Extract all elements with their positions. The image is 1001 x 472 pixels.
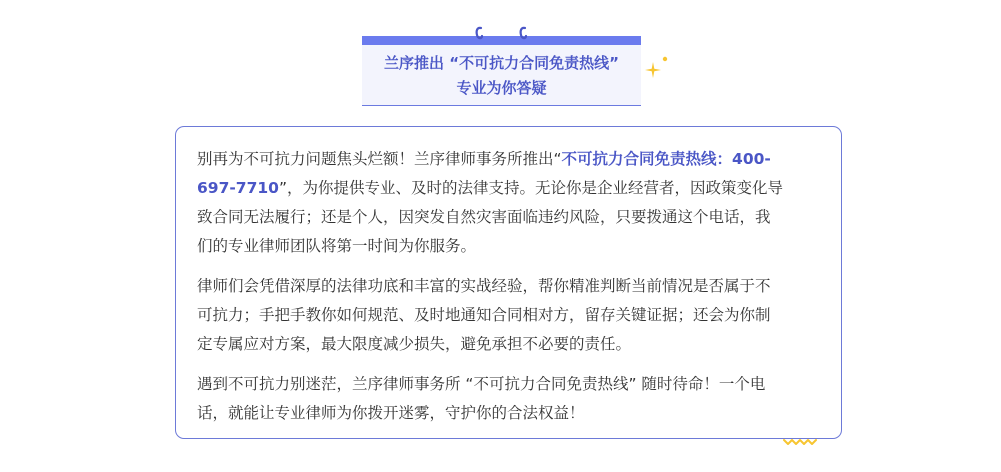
intro-text: ”，为你提供专业、及时的法律支持。无论你是企业经营者，因政策变化导: [279, 179, 783, 197]
paragraph-services: 律师们会凭借深厚的法律功底和丰富的实战经验，帮你精准判断当前情况是否属于不 可抗…: [197, 272, 827, 359]
title-top-bar: [362, 36, 641, 45]
text-line: 可抗力；手把手教你如何规范、及时地通知合同相对方，留存关键证据；还会为你制: [197, 301, 827, 330]
title-line-1: 兰序推出 “不可抗力合同免责热线”: [362, 51, 641, 76]
text-line: 别再为不可抗力问题焦头烂额！兰序律师事务所推出“不可抗力合同免责热线：400-: [197, 145, 827, 174]
text-line: 遇到不可抗力别迷茫，兰序律师事务所 “不可抗力合同免责热线” 随时待命！一个电: [197, 370, 827, 399]
hotline-highlight: 不可抗力合同免责热线：400-: [562, 150, 771, 168]
title-banner: 兰序推出 “不可抗力合同免责热线” 专业为你答疑: [362, 36, 641, 106]
title-line-2: 专业为你答疑: [362, 76, 641, 101]
intro-text: 别再为不可抗力问题焦头烂额！兰序律师事务所推出“: [197, 150, 562, 168]
sparkle-icon: [644, 55, 674, 85]
binder-hook-icon: [474, 26, 484, 42]
text-line: 们的专业律师团队将第一时间为你服务。: [197, 232, 827, 261]
page-title: 兰序推出 “不可抗力合同免责热线” 专业为你答疑: [362, 51, 641, 101]
text-line: 律师们会凭借深厚的法律功底和丰富的实战经验，帮你精准判断当前情况是否属于不: [197, 272, 827, 301]
zigzag-decoration-icon: [783, 437, 819, 447]
hotline-number: 697-7710: [197, 179, 279, 197]
text-line: 致合同无法履行；还是个人，因突发自然灾害面临违约风险，只要拨通这个电话，我: [197, 203, 827, 232]
text-line: 697-7710”，为你提供专业、及时的法律支持。无论你是企业经营者，因政策变化…: [197, 174, 827, 203]
card-body: 别再为不可抗力问题焦头烂额！兰序律师事务所推出“不可抗力合同免责热线：400- …: [197, 145, 827, 439]
text-line: 话，就能让专业律师为你拨开迷雾，守护你的合法权益！: [197, 399, 827, 428]
paragraph-intro: 别再为不可抗力问题焦头烂额！兰序律师事务所推出“不可抗力合同免责热线：400- …: [197, 145, 827, 261]
content-card: 别再为不可抗力问题焦头烂额！兰序律师事务所推出“不可抗力合同免责热线：400- …: [175, 126, 842, 439]
text-line: 定专属应对方案，最大限度减少损失，避免承担不必要的责任。: [197, 330, 827, 359]
paragraph-closing: 遇到不可抗力别迷茫，兰序律师事务所 “不可抗力合同免责热线” 随时待命！一个电 …: [197, 370, 827, 428]
binder-hook-icon: [518, 26, 528, 42]
